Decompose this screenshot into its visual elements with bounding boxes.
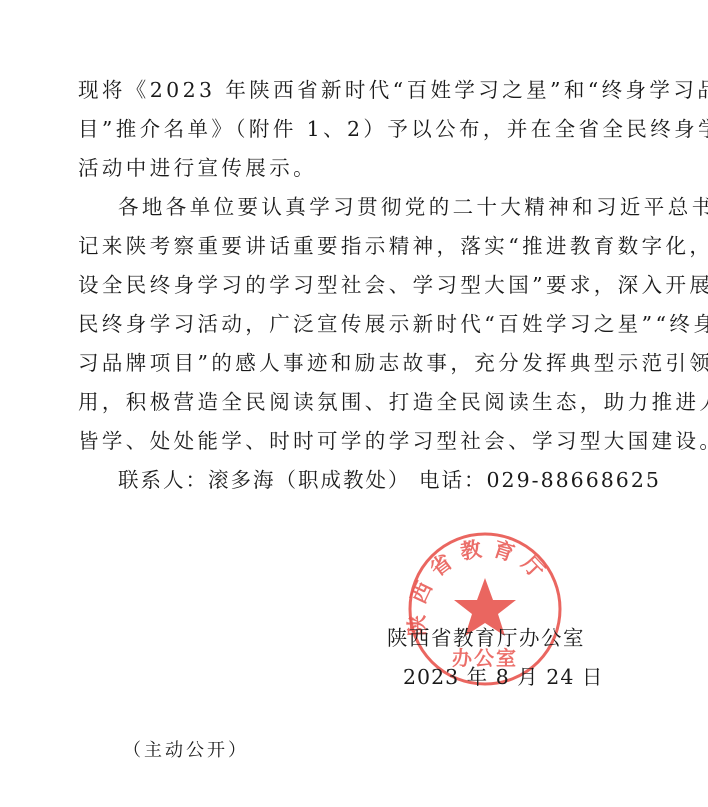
signature-date: 2023 年 8 月 24 日	[403, 660, 603, 690]
paragraph-1-line-2: 目”推介名单》（附件 1、2）予以公布，并在全省全民终身学习	[78, 117, 688, 141]
paragraph-2-line-1: 各地各单位要认真学习贯彻党的二十大精神和习近平总书	[118, 195, 688, 219]
paragraph-2-line-3: 设全民终身学习的学习型社会、学习型大国”要求，深入开展全	[78, 273, 688, 297]
paragraph-2-line-2: 记来陕考察重要讲话重要指示精神，落实“推进教育数字化，建	[78, 234, 688, 258]
disclosure-label: （主动公开）	[123, 736, 249, 762]
paragraph-2-line-5: 习品牌项目”的感人事迹和励志故事，充分发挥典型示范引领作	[78, 351, 688, 375]
document-page: 现将《2023 年陕西省新时代“百姓学习之星”和“终身学习品牌项 目”推介名单》…	[0, 0, 708, 807]
paragraph-2-line-6: 用，积极营造全民阅读氛围、打造全民阅读生态，助力推进人人	[78, 390, 688, 414]
contact-line: 联系人：滚多海（职成教处） 电话：029-88668625	[118, 468, 708, 492]
paragraph-1-line-1: 现将《2023 年陕西省新时代“百姓学习之星”和“终身学习品牌项	[78, 78, 688, 102]
paragraph-2-line-4: 民终身学习活动，广泛宣传展示新时代“百姓学习之星”“终身学	[78, 312, 688, 336]
paragraph-2-line-7: 皆学、处处能学、时时可学的学习型社会、学习型大国建设。	[78, 429, 688, 453]
paragraph-1-line-3: 活动中进行宣传展示。	[78, 156, 688, 180]
signature-org: 陕西省教育厅办公室	[387, 621, 585, 651]
